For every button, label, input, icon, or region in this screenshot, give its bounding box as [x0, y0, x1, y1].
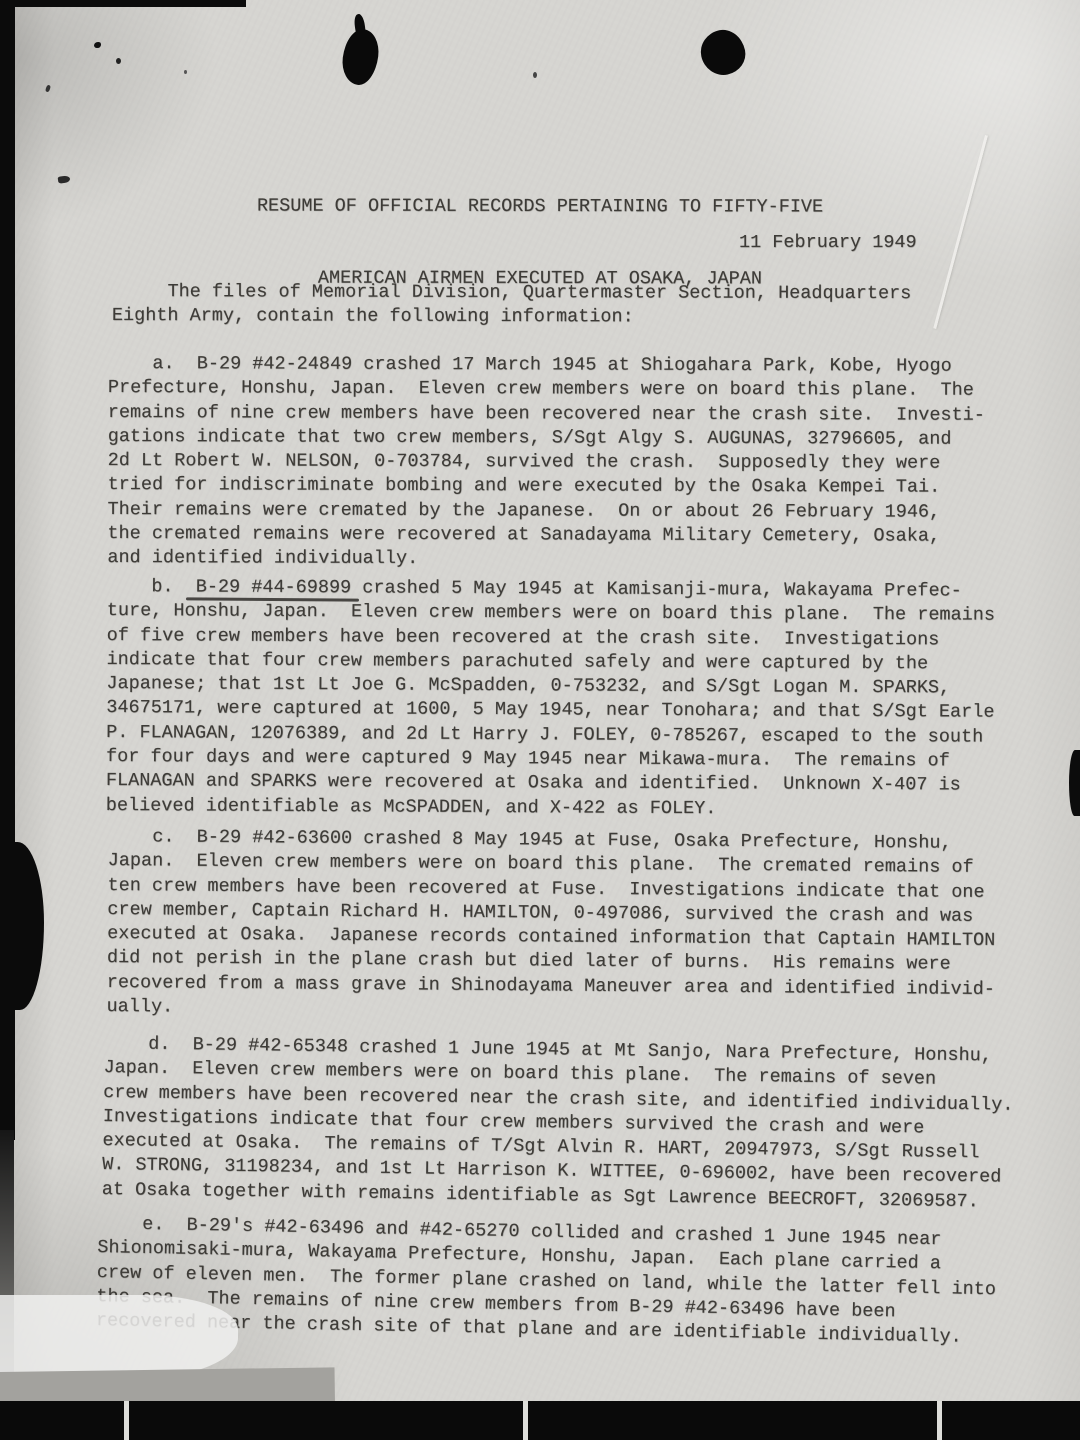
scan-bottom-black-bar: [0, 1401, 1080, 1440]
scan-bar-gap: [937, 1401, 942, 1440]
scan-edge-left-blob: [0, 842, 44, 1010]
text-line: tried for indiscriminate bombing and wer…: [108, 473, 985, 500]
intro-paragraph: The files of Memorial Division, Quarterm…: [112, 280, 911, 331]
punch-hole-stem: [353, 13, 367, 40]
ink-speck: [45, 85, 51, 93]
punch-hole-left: [340, 27, 382, 87]
text-line: Prefecture, Honshu, Japan. Eleven crew m…: [108, 376, 985, 403]
text-line: 2d Lt Robert W. NELSON, 0-703784, surviv…: [108, 449, 985, 476]
paragraph-d: d. B-29 #42-65348 crashed 1 June 1945 at…: [102, 1032, 1015, 1215]
text-line: Eighth Army, contain the following infor…: [112, 304, 911, 330]
text-line: a. B-29 #42-24849 crashed 17 March 1945 …: [108, 352, 985, 379]
text-line: believed identifiable as McSPADDEN, and …: [106, 794, 994, 823]
punch-hole-right: [697, 26, 749, 79]
scan-edge-left-fade: [0, 1130, 14, 1395]
text-line: and identified individually.: [107, 546, 984, 573]
scan-top-black-bar: [0, 0, 246, 7]
paragraph-b: b. B-29 #44-69899 crashed 5 May 1945 at …: [106, 575, 995, 823]
text-line: The files of Memorial Division, Quarterm…: [112, 280, 911, 306]
scan-edge-right-blob: [1069, 750, 1080, 816]
scanned-document-page: RESUME OF OFFICIAL RECORDS PERTAINING TO…: [0, 0, 1080, 1440]
paragraph-c: c. B-29 #42-63600 crashed 8 May 1945 at …: [106, 825, 996, 1026]
text-line: Their remains were cremated by the Japan…: [107, 498, 984, 525]
document-date: 11 February 1949: [739, 231, 917, 255]
text-line: gations indicate that two crew members, …: [108, 425, 985, 452]
text-line: remains of nine crew members have been r…: [108, 401, 985, 428]
ink-speck: [116, 58, 121, 64]
scan-bottom-gray-wedge: [0, 1367, 335, 1406]
text-line: the cremated remains were recovered at S…: [107, 522, 984, 549]
ink-speck: [533, 72, 537, 78]
scan-bar-gap: [124, 1401, 129, 1440]
paragraph-e: e. B-29's #42-63496 and #42-65270 collid…: [96, 1212, 997, 1351]
ink-speck: [184, 70, 187, 74]
ink-speck: [94, 42, 101, 48]
title-line-1: RESUME OF OFFICIAL RECORDS PERTAINING TO…: [0, 194, 1080, 220]
paragraph-a: a. B-29 #42-24849 crashed 17 March 1945 …: [107, 352, 985, 573]
scan-bar-gap: [523, 1401, 528, 1440]
